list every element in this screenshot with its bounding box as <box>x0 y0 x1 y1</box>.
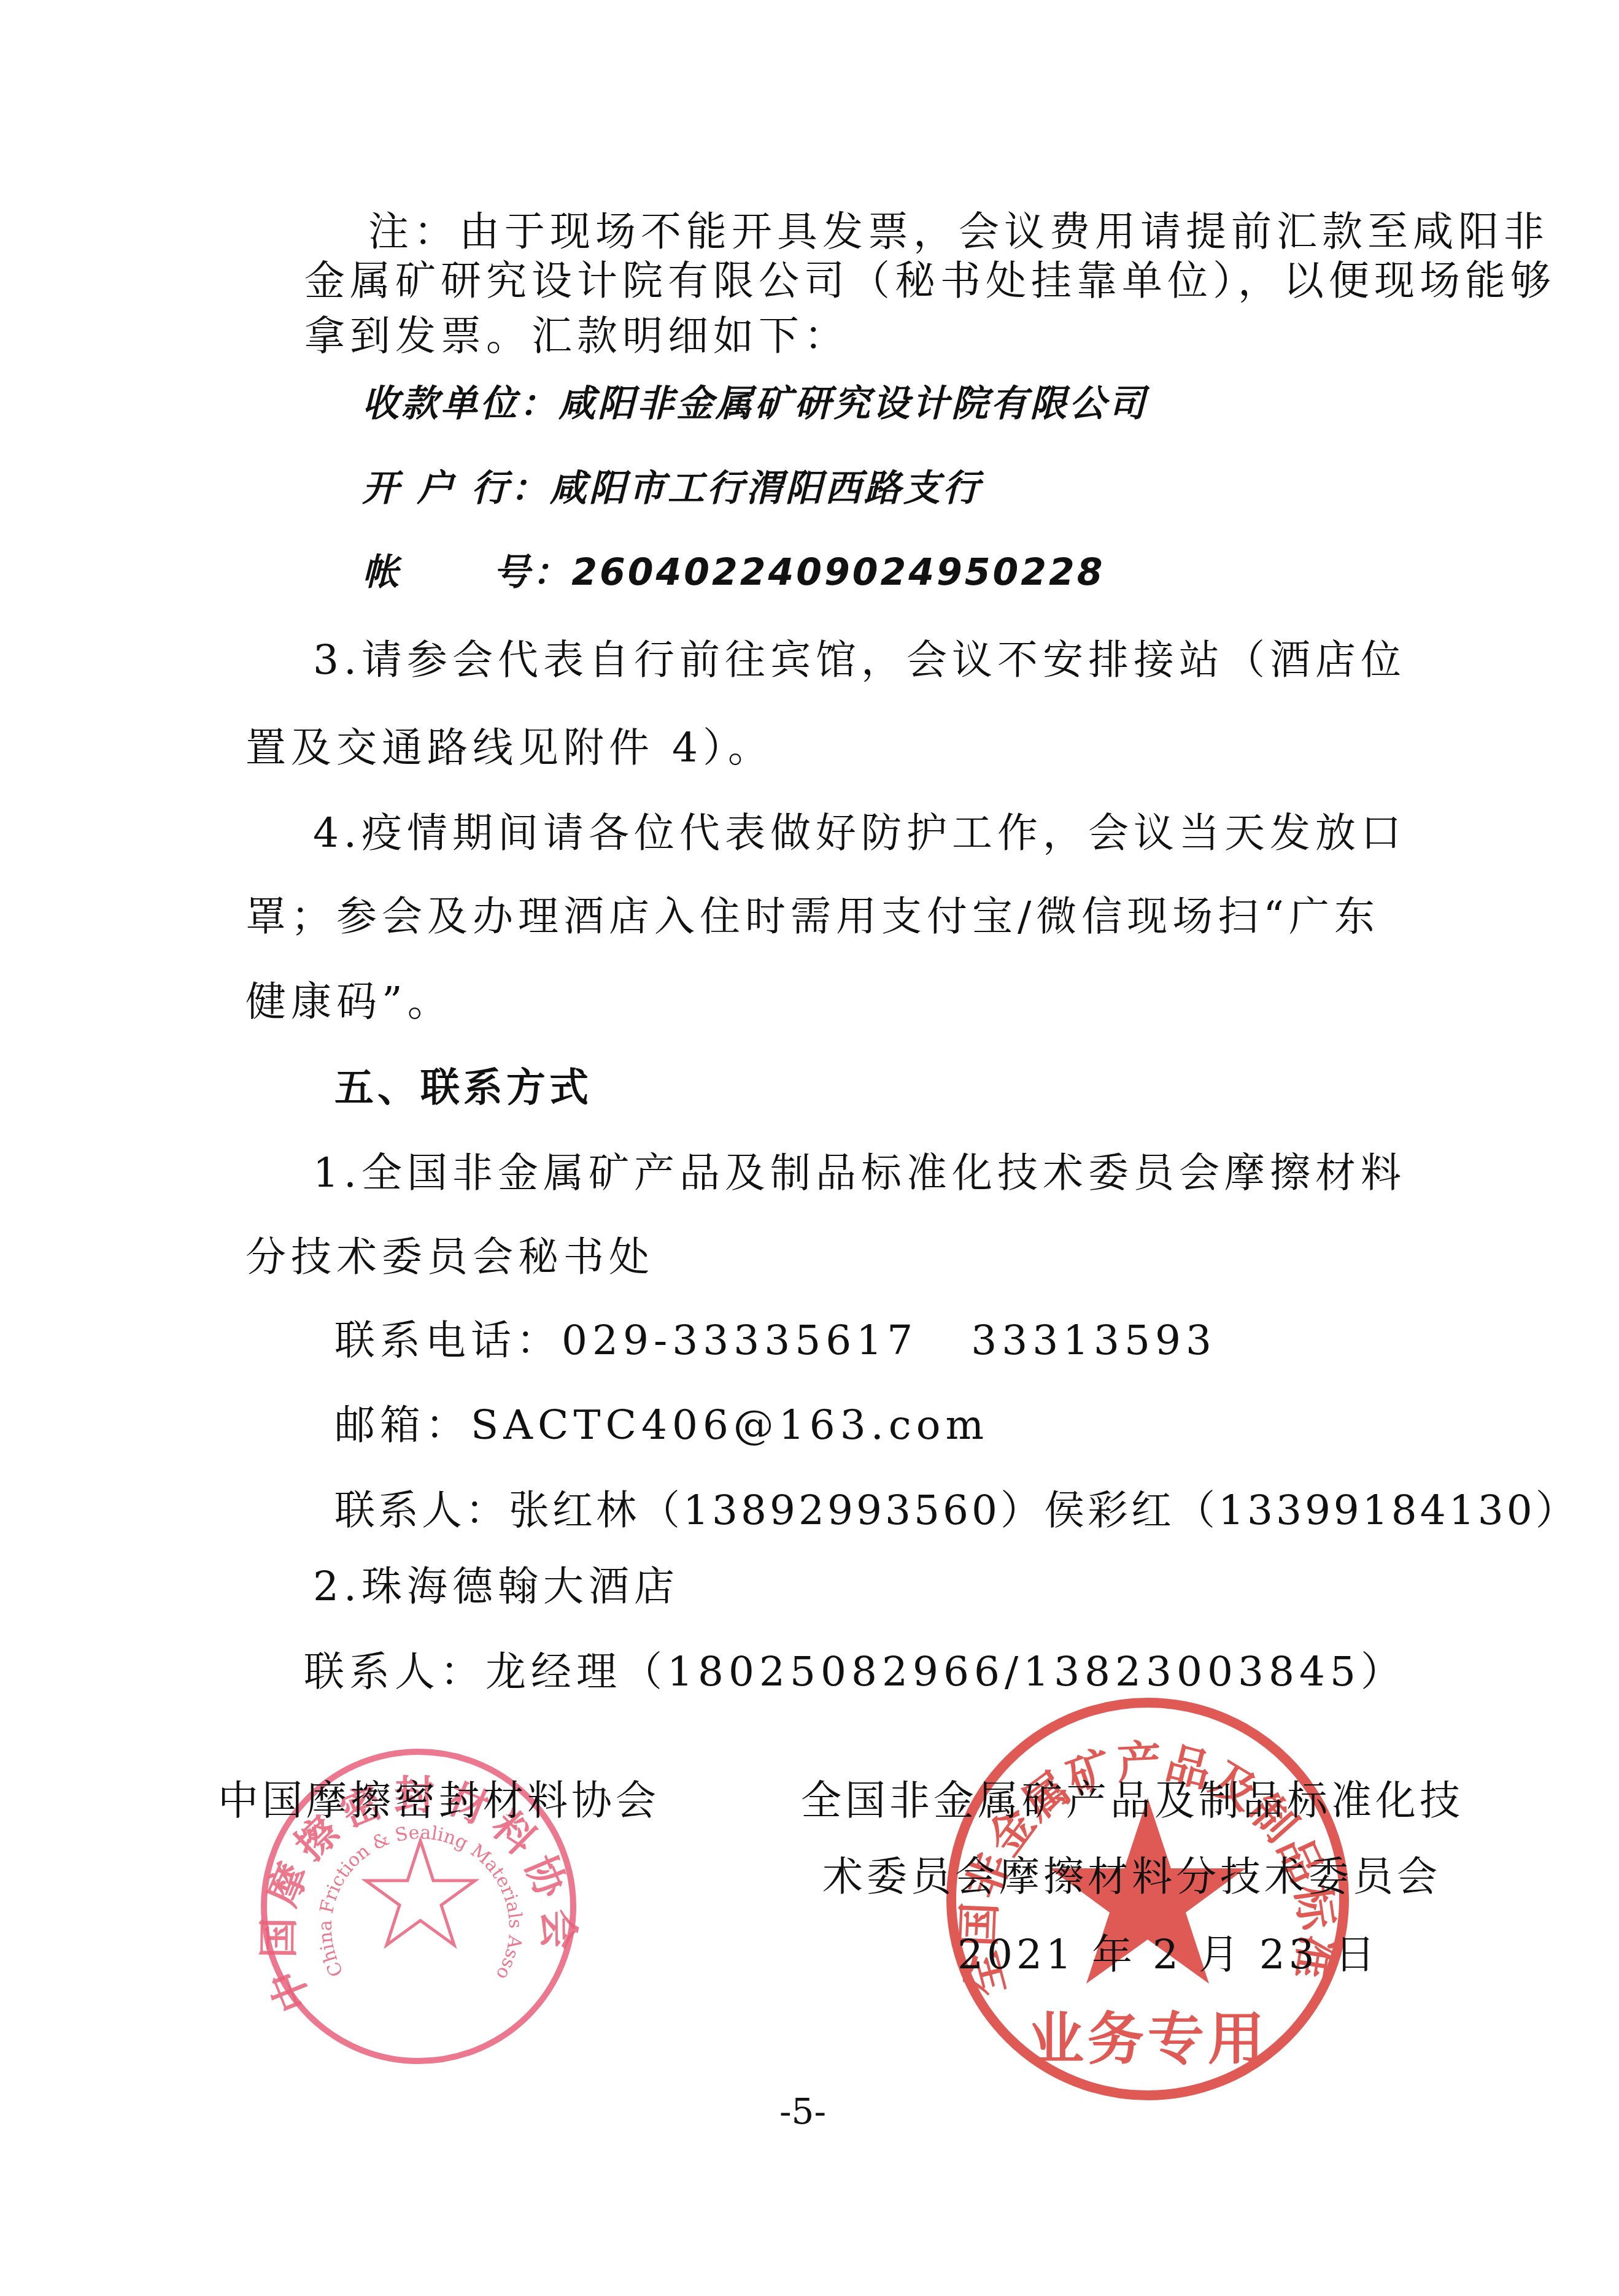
note-line-3: 拿到发票。汇款明细如下： <box>304 316 849 356</box>
star-icon <box>366 1841 475 1945</box>
note-line-1: 注：由于现场不能开具发票，会议费用请提前汇款至咸阳非 <box>368 212 1549 252</box>
account-label: 帐 号： <box>362 551 571 594</box>
item4-line-3: 健康码”。 <box>245 982 453 1022</box>
contact-phone: 联系电话：029-33335617 33313593 <box>334 1320 1216 1361</box>
payee-value: 咸阳非金属矿研究设计院有限公司 <box>558 382 1148 425</box>
page-number: -5- <box>779 2094 826 2129</box>
contact-org1-line-1: 1.全国非金属矿产品及制品标准化技术委员会摩擦材料 <box>313 1153 1406 1193</box>
note-line-2: 金属矿研究设计院有限公司（秘书处挂靠单位），以便现场能够 <box>304 261 1556 301</box>
contact-email: 邮箱：SACTC406@163.com <box>334 1405 989 1446</box>
account-row: 帐 号：2604022409024950228 <box>362 554 1105 591</box>
item3-line-2: 置及交通路线见附件 4）。 <box>245 728 773 768</box>
bank-value: 咸阳市工行渭阳西路支行 <box>550 467 982 510</box>
signature-right-org-line-2: 术委员会摩擦材料分技术委员会 <box>822 1857 1441 1897</box>
signature-right-org-line-1: 全国非金属矿产品及制品标准化技 <box>801 1781 1464 1821</box>
signature-left-org: 中国摩擦密封材料协会 <box>218 1781 660 1821</box>
item4-line-1: 4.疫情期间请各位代表做好防护工作，会议当天发放口 <box>313 813 1406 853</box>
seal-right-bottom-text: 业务专用 <box>1027 2006 1268 2072</box>
payee-row: 收款单位：咸阳非金属矿研究设计院有限公司 <box>362 385 1148 422</box>
contact-org1-line-2: 分技术委员会秘书处 <box>245 1237 654 1277</box>
account-value: 2604022409024950228 <box>571 551 1105 594</box>
bank-label: 开 户 行： <box>362 467 550 510</box>
signature-date: 2021 年 2 月 23 日 <box>957 1935 1379 1975</box>
payee-label: 收款单位： <box>362 382 558 425</box>
contact-persons: 联系人：张红林（13892993560）侯彩红（13399184130） <box>334 1490 1579 1531</box>
item4-line-2: 罩；参会及办理酒店入住时需用支付宝/微信现场扫“广东 <box>245 896 1380 937</box>
hotel-contact: 联系人：龙经理（18025082966/13823003845） <box>304 1652 1406 1692</box>
contact-org2: 2.珠海德翰大酒店 <box>313 1566 679 1607</box>
item3-line-1: 3.请参会代表自行前往宾馆，会议不安排接站（酒店位 <box>313 640 1406 680</box>
section-heading-contact: 五、联系方式 <box>334 1068 592 1108</box>
bank-row: 开 户 行：咸阳市工行渭阳西路支行 <box>362 470 982 507</box>
